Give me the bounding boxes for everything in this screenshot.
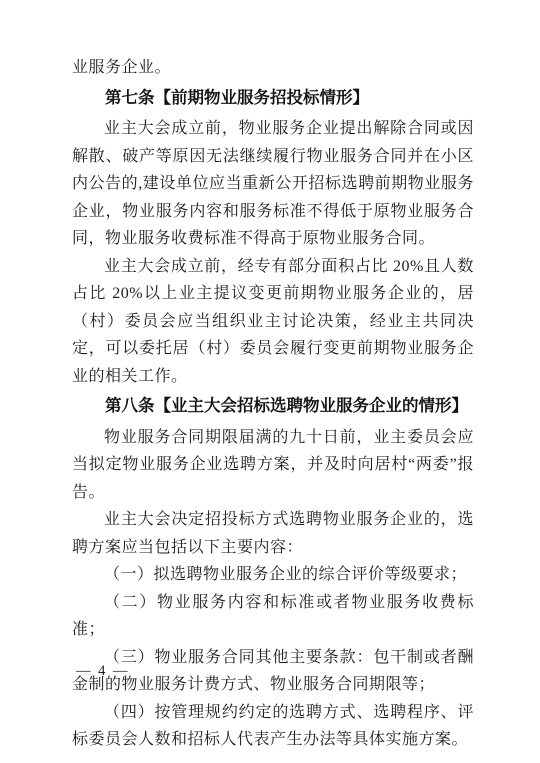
article-7-heading: 第七条【前期物业服务招投标情形】 [72,85,474,113]
list-item-2: （二）物业服务内容和标准或者物业服务收费标准； [72,589,474,644]
article-8-paragraph-1: 物业服务合同期限届满的九十日前，业主委员会应当拟定物业服务企业选聘方案，并及时向… [72,424,474,507]
article-7-paragraph-1: 业主大会成立前，物业服务企业提出解除合同或因解散、破产等原因无法继续履行物业服务… [72,115,474,253]
list-item-4: （四）按管理规约约定的选聘方式、选聘程序、评标委员会人数和招标人代表产生办法等具… [72,699,474,754]
article-7-paragraph-2: 业主大会成立前，经专有部分面积占比 20%且人数占比 20%以上业主提议变更前期… [72,253,474,391]
list-item-1: （一）拟选聘物业服务企业的综合评价等级要求； [72,561,474,589]
continuation-line: 业服务企业。 [72,54,474,82]
article-8-paragraph-2: 业主大会决定招投标方式选聘物业服务企业的，选聘方案应当包括以下主要内容： [72,506,474,561]
article-8-heading: 第八条【业主大会招标选聘物业服务企业的情形】 [72,393,474,421]
document-body: 业服务企业。 第七条【前期物业服务招投标情形】 业主大会成立前，物业服务企业提出… [72,54,474,754]
page-number: — 4 — [76,663,130,680]
document-page: 业服务企业。 第七条【前期物业服务招投标情形】 业主大会成立前，物业服务企业提出… [0,0,540,763]
list-item-3: （三）物业服务合同其他主要条款：包干制或者酬金制的物业服务计费方式、物业服务合同… [72,644,474,699]
